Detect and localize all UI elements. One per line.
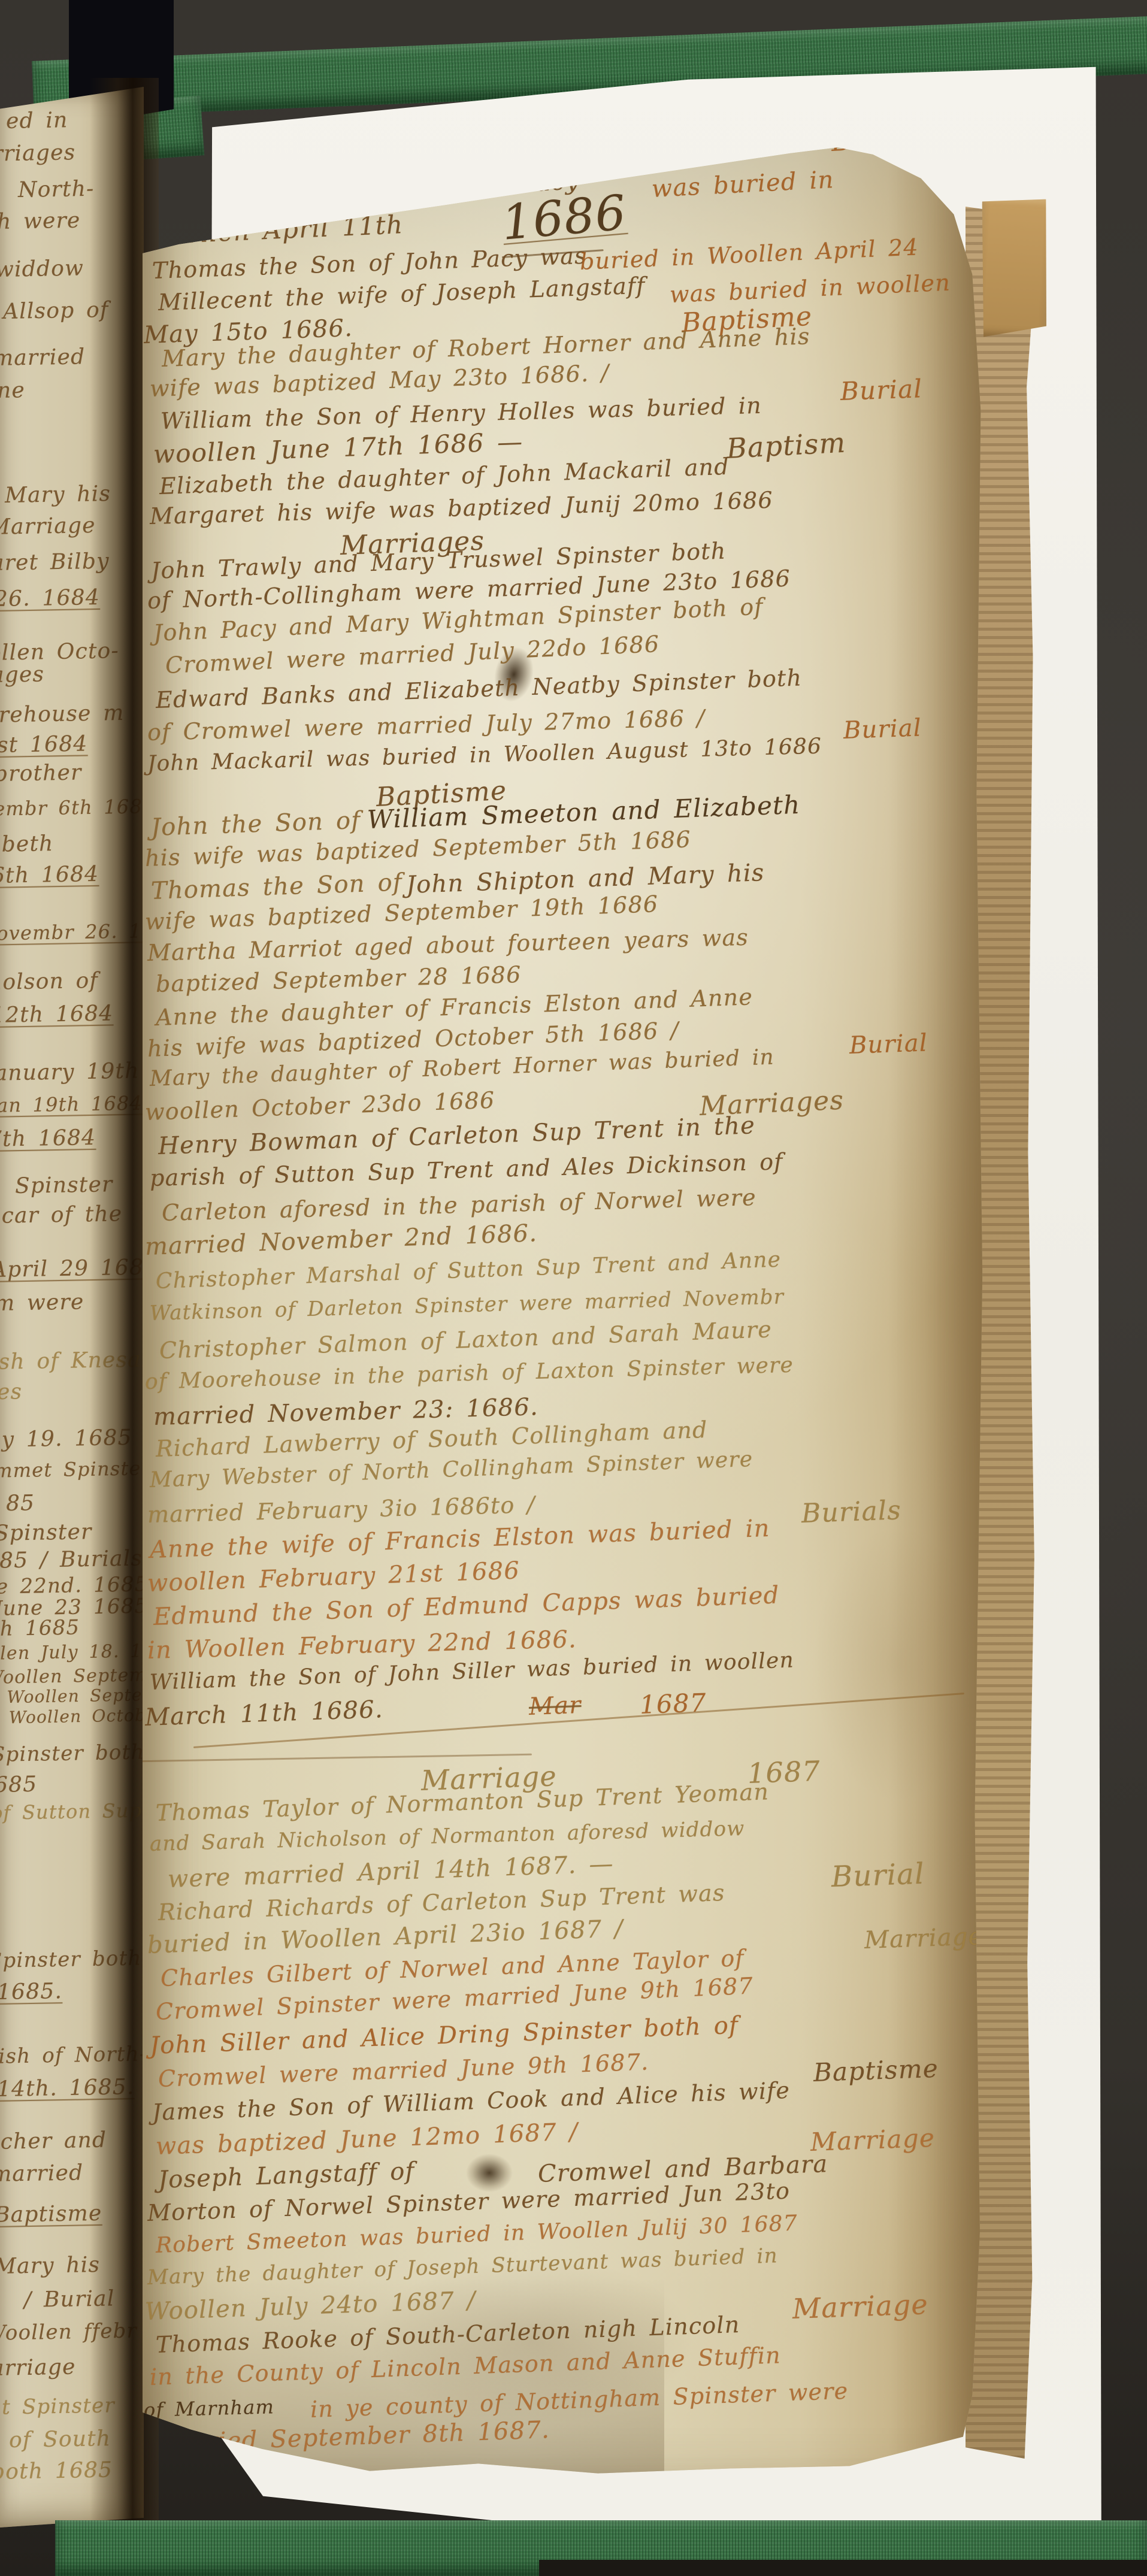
manuscript-line: married February 3io 1686to / (147, 1493, 536, 1526)
manuscript-fragment: arriages (0, 142, 76, 165)
manuscript-fragment: 7th 1684 (0, 1127, 96, 1151)
manuscript-line: 1686 (500, 189, 629, 247)
manuscript-line: Woollen July 24to 1687 / (144, 2289, 476, 2324)
register-page: BaptismeThomas the Son of John Pacy and … (143, 77, 984, 2517)
manuscript-fragment: Marriage (0, 515, 96, 538)
photo-background-bottom (539, 2560, 1147, 2576)
manuscript-line: woollen February 21st 1686 (147, 1558, 520, 1596)
section-label: Marriage (810, 2126, 935, 2155)
manuscript-line: woollen June 17th 1686 — (153, 429, 523, 467)
page-corner-tab (975, 196, 1053, 340)
manuscript-line: Joseph Langstaff of (158, 2159, 415, 2192)
manuscript-line: of Cromwel were married July 27mo 1686 / (147, 707, 706, 744)
manuscript-line: John Shipton and Mary his (405, 861, 765, 897)
manuscript-line: of Marnham (144, 2397, 275, 2420)
manuscript-fragment: Spinster (0, 1521, 92, 1545)
manuscript-fragment: st 1684 (0, 733, 88, 756)
manuscript-fragment: th 1685 (0, 1617, 80, 1639)
manuscript-fragment: widdow (0, 258, 84, 281)
register-entries: BaptismeThomas the Son of John Pacy and … (143, 77, 984, 2517)
manuscript-line: Mar (528, 1693, 582, 1719)
manuscript-fragment: ed in (6, 110, 68, 132)
manuscript-line: buried in Woollen April 24 (579, 235, 919, 273)
section-label: Burial (831, 1860, 925, 1891)
manuscript-fragment: h were (0, 210, 81, 233)
manuscript-line: married November 2nd 1686. (144, 1221, 537, 1259)
manuscript-fragment: married (0, 346, 86, 370)
manuscript-fragment: 1685. (0, 1981, 62, 2003)
manuscript-fragment: m were (0, 1291, 84, 1315)
manuscript-line: Carleton aforesd in the parish of Norwel… (162, 1186, 757, 1224)
section-heading: Burials (801, 1497, 901, 1527)
manuscript-line: was baptized June 12mo 1687 / (155, 2120, 579, 2159)
manuscript-line: Watkinson of Darleton Spinster were marr… (150, 1287, 785, 1324)
manuscript-line: and Sarah Nicholson of Normanton aforesd… (150, 1818, 745, 1854)
manuscript-line: Thomas the Son of (150, 870, 402, 903)
section-label: Marriage (864, 1924, 983, 1953)
section-label: Burial (840, 376, 922, 404)
manuscript-fragment: Mary his (0, 2254, 100, 2278)
section-label: Burial (843, 716, 922, 743)
manuscript-line: baptized September 28 1686 (156, 963, 522, 995)
section-label: Burial (849, 1031, 928, 1058)
manuscript-fragment: es (0, 1381, 22, 1403)
manuscript-fragment: ne (0, 380, 25, 402)
manuscript-line: William the Son of Henry Holles was buri… (161, 394, 762, 432)
manuscript-line: John the Son of (150, 809, 361, 840)
manuscript-line: 1687 (639, 1690, 707, 1718)
section-heading: Baptisme (813, 2056, 939, 2085)
manuscript-fragment: North- (18, 178, 95, 201)
manuscript-fragment: brother (0, 762, 82, 785)
manuscript-line: was buried in (651, 168, 834, 201)
section-heading: Baptism (726, 429, 847, 462)
manuscript-fragment: ages (0, 664, 44, 686)
manuscript-fragment: 26. 1684 (0, 587, 100, 610)
manuscript-line: March 11th 1686. (144, 1697, 383, 1730)
manuscript-fragment: 6th 1684 (0, 864, 99, 887)
manuscript-line: in ye county of Nottingham Spinster were (310, 2380, 848, 2421)
manuscript-fragment: holson of (0, 970, 98, 994)
manuscript-fragment: abeth (0, 833, 54, 856)
manuscript-fragment: married (0, 2162, 84, 2185)
manuscript-fragment: Baptisme (0, 2203, 102, 2226)
manuscript-line: woollen October 23do 1686 (144, 1089, 495, 1124)
section-label: Marriage (792, 2290, 928, 2323)
manuscript-fragment: 685 (0, 1774, 38, 1796)
manuscript-fragment: 85 (6, 1493, 35, 1515)
manuscript-fragment: arriage (0, 2357, 76, 2380)
